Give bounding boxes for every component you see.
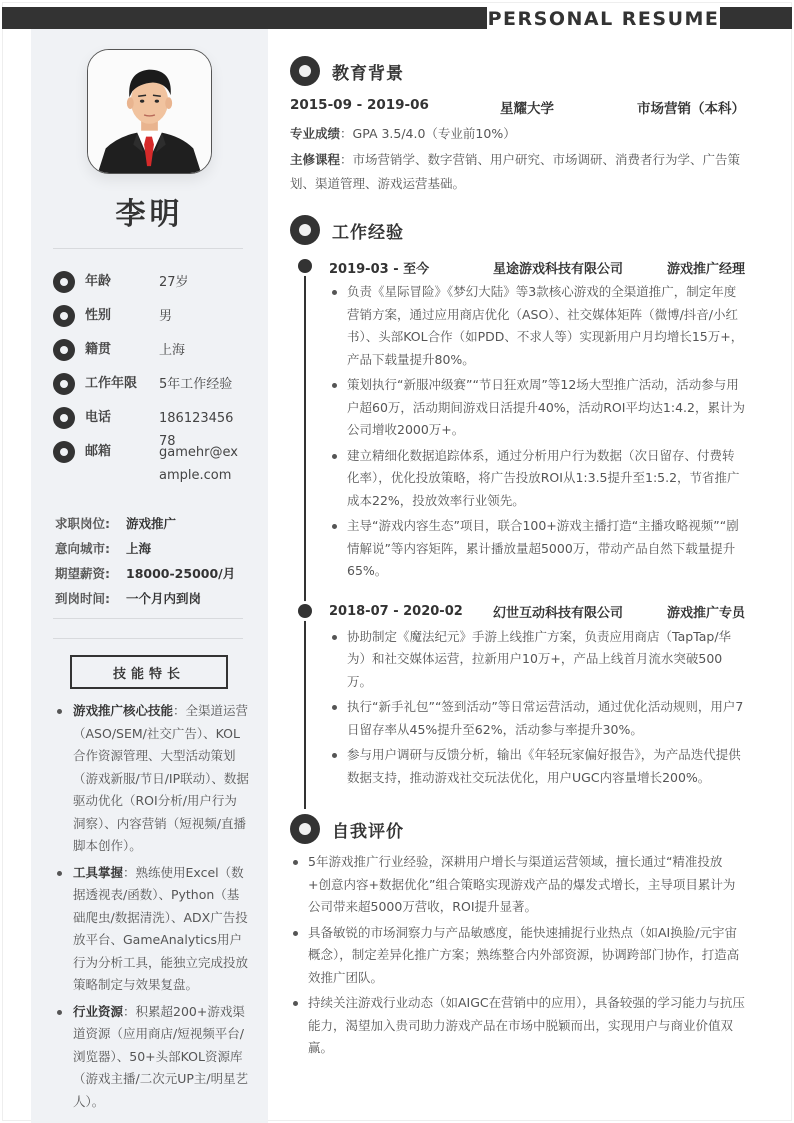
job-bullet: 建立精细化数据追踪体系，通过分析用户行为数据（次日留存、付费转化率），优化投放策… xyxy=(329,445,745,513)
intent-row-position: 求职岗位: 游戏推广 xyxy=(55,511,255,536)
info-label: 性别 xyxy=(85,305,159,327)
bullet-ring-icon xyxy=(53,305,75,327)
intent-row-availability: 到岗时间: 一个月内到岗 xyxy=(55,586,255,611)
info-row-hometown: 籍贯 上海 xyxy=(53,339,253,373)
gpa-text: ：GPA 3.5/4.0（专业前10%） xyxy=(340,126,516,141)
job-date: 2018-07 - 2020-02 xyxy=(329,604,493,619)
bullet-ring-icon xyxy=(53,441,75,463)
divider xyxy=(53,638,243,639)
job-bullet: 策划执行“新服冲级赛”“节日狂欢周”等12场大型推广活动，活动参与用户超60万，… xyxy=(329,374,745,442)
sidebar: 李明 年龄 27岁 性别 男 籍贯 上海 工作年限 5年工作经验 电话 1861… xyxy=(31,29,268,1123)
info-label: 籍贯 xyxy=(85,339,159,361)
gpa-label: 专业成绩 xyxy=(290,126,340,141)
basic-info-list: 年龄 27岁 性别 男 籍贯 上海 工作年限 5年工作经验 电话 1861234… xyxy=(53,271,253,497)
skill-item: 行业资源：积累超200+游戏渠道资源（应用商店/短视频平台/浏览器）、50+头部… xyxy=(53,1001,249,1114)
section-label: 教育背景 xyxy=(332,59,404,84)
info-value: 上海 xyxy=(159,339,241,362)
intent-value: 一个月内到岗 xyxy=(126,586,201,611)
skill-item: 游戏推广核心技能：全渠道运营（ASO/SEM/社交广告）、KOL合作资源管理、大… xyxy=(53,700,249,858)
info-row-gender: 性别 男 xyxy=(53,305,253,339)
education-courses: 主修课程：市场营销学、数字营销、用户研究、市场调研、消费者行为学、广告策划、渠道… xyxy=(290,148,745,196)
job-header: 2019-03 - 至今 星途游戏科技有限公司 游戏推广经理 xyxy=(329,256,745,278)
section-label: 自我评价 xyxy=(332,817,404,842)
info-label: 邮箱 xyxy=(85,441,159,463)
job-bullet: 主导“游戏内容生态”项目，联合100+游戏主播打造“主播攻略视频”“剧情解说”等… xyxy=(329,515,745,583)
job-date: 2019-03 - 至今 xyxy=(329,258,493,277)
job-company: 星途游戏科技有限公司 xyxy=(493,258,651,277)
self-eval-item: 5年游戏推广行业经验，深耕用户增长与渠道运营领域，擅长通过“精准投放+创意内容+… xyxy=(290,851,745,919)
self-eval-item: 具备敏锐的市场洞察力与产品敏感度，能快速捕捉行业热点（如AI换脸/元宇宙概念），… xyxy=(290,922,745,990)
education-school: 星耀大学 xyxy=(500,97,622,117)
info-row-email: 邮箱 gamehr@example.com xyxy=(53,441,253,497)
bullet-ring-icon xyxy=(53,373,75,395)
intent-label: 意向城市: xyxy=(55,536,126,561)
header-title-box: PERSONAL RESUME xyxy=(487,4,720,34)
bullet-ring-icon xyxy=(53,407,75,429)
course-text: ：市场营销学、数字营销、用户研究、市场调研、消费者行为学、广告策划、渠道管理、游… xyxy=(290,152,740,191)
job-bullet: 负责《星际冒险》《梦幻大陆》等3款核心游戏的全渠道推广，制定年度营销方案，通过应… xyxy=(329,281,745,371)
job-entry: 2018-07 - 2020-02 幻世互动科技有限公司 游戏推广专员 协助制定… xyxy=(290,601,745,790)
avatar-portrait-icon xyxy=(88,50,211,173)
divider xyxy=(53,618,243,619)
timeline-dot-icon xyxy=(298,259,312,273)
section-title-education: 教育背景 xyxy=(290,55,745,87)
job-bullet: 协助制定《魔法纪元》手游上线推广方案，负责应用商店（TapTap/华为）和社交媒… xyxy=(329,626,745,694)
skill-title: 游戏推广核心技能 xyxy=(73,703,173,718)
job-entry: 2019-03 - 至今 星途游戏科技有限公司 游戏推广经理 负责《星际冒险》《… xyxy=(290,256,745,583)
job-intent: 求职岗位: 游戏推广 意向城市: 上海 期望薪资: 18000-25000/月 … xyxy=(55,511,255,611)
skill-text: ：积累超200+游戏渠道资源（应用商店/短视频平台/浏览器）、50+头部KOL资… xyxy=(73,1004,248,1109)
job-header: 2018-07 - 2020-02 幻世互动科技有限公司 游戏推广专员 xyxy=(329,601,745,623)
work-section: 工作经验 2019-03 - 至今 星途游戏科技有限公司 游戏推广经理 负责《星… xyxy=(290,214,745,789)
section-label: 工作经验 xyxy=(332,218,404,243)
intent-row-salary: 期望薪资: 18000-25000/月 xyxy=(55,561,255,586)
intent-value: 游戏推广 xyxy=(126,511,176,536)
skill-text: ：全渠道运营（ASO/SEM/社交广告）、KOL合作资源管理、大型活动策划（游戏… xyxy=(73,703,249,853)
info-label: 工作年限 xyxy=(85,373,159,395)
intent-value: 18000-25000/月 xyxy=(126,561,235,586)
section-ring-icon xyxy=(290,56,320,86)
job-company: 幻世互动科技有限公司 xyxy=(493,602,651,621)
avatar xyxy=(87,49,212,174)
timeline-dot-icon xyxy=(298,604,312,618)
course-label: 主修课程 xyxy=(290,152,340,167)
job-title: 游戏推广专员 xyxy=(651,602,745,621)
divider xyxy=(53,248,243,249)
info-value: 5年工作经验 xyxy=(159,373,241,396)
bullet-ring-icon xyxy=(53,271,75,293)
education-section: 教育背景 2015-09 - 2019-06 星耀大学 市场营销（本科） 专业成… xyxy=(290,55,745,196)
candidate-name: 李明 xyxy=(31,189,268,233)
skill-text: ：熟练使用Excel（数据透视表/函数）、Python（基础爬虫/数据清洗）、A… xyxy=(73,865,248,993)
skills-list: 游戏推广核心技能：全渠道运营（ASO/SEM/社交广告）、KOL合作资源管理、大… xyxy=(53,700,249,1117)
info-value: 27岁 xyxy=(159,271,241,294)
info-value: gamehr@example.com xyxy=(159,441,241,487)
info-label: 电话 xyxy=(85,407,159,429)
self-eval-section: 自我评价 5年游戏推广行业经验，深耕用户增长与渠道运营领域，擅长通过“精准投放+… xyxy=(290,813,745,1060)
resume-title: PERSONAL RESUME xyxy=(488,8,720,30)
education-major: 市场营销（本科） xyxy=(622,97,745,117)
education-date: 2015-09 - 2019-06 xyxy=(290,97,500,117)
info-label: 年龄 xyxy=(85,271,159,293)
main-content: 教育背景 2015-09 - 2019-06 星耀大学 市场营销（本科） 专业成… xyxy=(290,55,745,1063)
intent-row-city: 意向城市: 上海 xyxy=(55,536,255,561)
job-bullets: 负责《星际冒险》《梦幻大陆》等3款核心游戏的全渠道推广，制定年度营销方案，通过应… xyxy=(329,281,745,583)
self-eval-item: 持续关注游戏行业动态（如AIGC在营销中的应用），具备较强的学习能力与抗压能力，… xyxy=(290,992,745,1060)
bullet-ring-icon xyxy=(53,339,75,361)
self-eval-list: 5年游戏推广行业经验，深耕用户增长与渠道运营领域，擅长通过“精准投放+创意内容+… xyxy=(290,851,745,1060)
education-row: 2015-09 - 2019-06 星耀大学 市场营销（本科） xyxy=(290,97,745,117)
info-row-experience: 工作年限 5年工作经验 xyxy=(53,373,253,407)
job-bullets: 协助制定《魔法纪元》手游上线推广方案，负责应用商店（TapTap/华为）和社交媒… xyxy=(329,626,745,790)
info-row-age: 年龄 27岁 xyxy=(53,271,253,305)
section-ring-icon xyxy=(290,215,320,245)
section-title-work: 工作经验 xyxy=(290,214,745,246)
job-bullet: 参与用户调研与反馈分析，输出《年轻玩家偏好报告》，为产品迭代提供数据支持，推动游… xyxy=(329,744,745,789)
info-row-phone: 电话 18612345678 xyxy=(53,407,253,441)
job-title: 游戏推广经理 xyxy=(651,258,745,277)
skills-header: 技能特长 xyxy=(70,655,228,689)
info-value: 男 xyxy=(159,305,241,328)
skill-item: 工具掌握：熟练使用Excel（数据透视表/函数）、Python（基础爬虫/数据清… xyxy=(53,862,249,997)
intent-label: 到岗时间: xyxy=(55,586,126,611)
skill-title: 行业资源 xyxy=(73,1004,123,1019)
intent-value: 上海 xyxy=(126,536,151,561)
section-title-self-eval: 自我评价 xyxy=(290,813,745,845)
skill-title: 工具掌握 xyxy=(73,865,123,880)
section-ring-icon xyxy=(290,814,320,844)
intent-label: 求职岗位: xyxy=(55,511,126,536)
education-gpa: 专业成绩：GPA 3.5/4.0（专业前10%） xyxy=(290,122,745,146)
intent-label: 期望薪资: xyxy=(55,561,126,586)
job-bullet: 执行“新手礼包”“签到活动”等日常运营活动，通过优化活动规则，用户7日留存率从4… xyxy=(329,696,745,741)
